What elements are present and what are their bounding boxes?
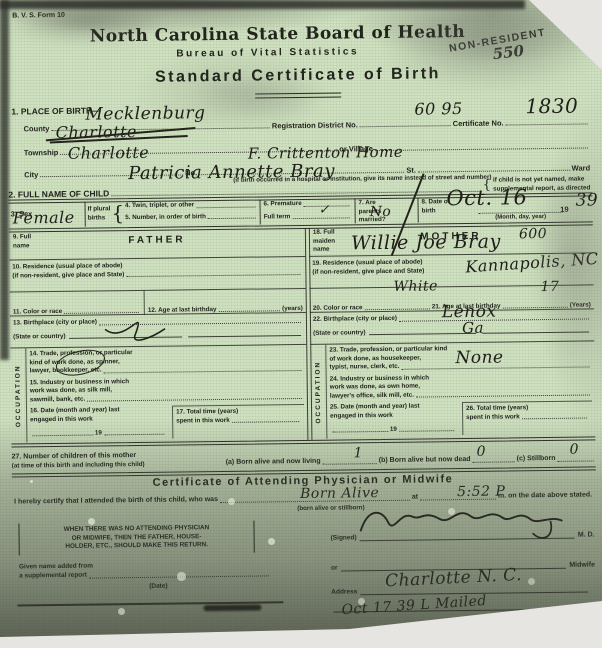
certificate-paper: B. V. S. Form 10 North Carolina State Bo… [0,0,602,648]
father-total-time-cell: 17. Total time (years) spent in this wor… [172,404,304,439]
dotted-line [418,168,570,173]
father-date-last-worked-cell: 16. Date (month and year) last engaged i… [30,406,172,441]
full-term-mark: ✓ [319,204,331,217]
district-value: 60 95 [414,101,463,118]
child-name-value: Patricia Annette Bray [128,163,335,184]
no-attendant-instruction-box: WHEN THERE WAS NO ATTENDING PHYSICIAN OR… [18,521,254,556]
rule-line [482,329,589,333]
county-label: County [24,124,50,134]
city-label: City [24,170,38,180]
father-occupation-block: OCCUPATION 14. Trade, profession, or par… [10,344,307,443]
ward-label: Ward [572,163,591,173]
mother-birthplace-label: 22. Birthplace (city or place) [313,315,397,325]
filing-date-note: Oct 17 39 L Mailed [341,594,487,617]
born-alive-dead-value: 0 [476,445,486,459]
or-label: or [331,565,338,574]
address-label: Address [331,589,357,598]
father-header: FATHER [9,228,305,248]
father-name-label: 9. Full [13,233,31,242]
certificate-title: Standard Certificate of Birth [0,63,599,88]
township-value-struck: Charlotte [56,124,138,141]
mother-date-year: 19 [390,425,397,434]
dotted-line [332,429,388,433]
ink-scribble-mark [95,304,181,347]
dotted-line [506,121,588,125]
dotted-line [196,204,255,208]
md-label: M. D. [578,532,595,541]
dotted-line [360,123,451,127]
stillborn-value: 0 [569,443,579,457]
dotted-line [104,367,302,372]
plural-births-cell: If plural births { 4. Twin, triplet, or … [84,199,259,226]
dotted-line [558,458,594,461]
mother-birthplace-state-label: (State or country) [313,329,366,338]
rule-line [370,331,477,335]
full-term-label: Full term [264,213,291,222]
dotted-line [87,396,302,402]
premature-label: 6. Premature [263,200,301,209]
midwife-label: Midwife [569,562,595,571]
father-birthplace-label: 13. Birthplace (city or place) [13,318,97,328]
certificate-no-label: Certificate No. [453,118,504,128]
dotted-line [522,416,588,420]
born-alive-dead-label: (b) Born alive but now dead [379,456,471,466]
dotted-line [32,433,93,437]
dob-value: Oct. 16 [446,187,527,209]
physician-signature [354,497,571,544]
plural-label: If plural [88,205,111,214]
title-underline [255,92,341,98]
hospital-name-value: F. Crittenton Home [248,145,404,162]
dob-year-prefix: 19 [560,204,568,213]
dotted-line [416,392,590,397]
dob-note: (Month, day, year) [479,212,563,222]
dotted-line [104,432,165,436]
county-value: Mecklenburg [85,105,205,123]
district-label: Registration District No. [272,120,358,130]
dotted-line [208,216,256,220]
premature-cell: 6. Premature Full term [259,198,354,224]
mother-trade-value: None [455,350,503,368]
mother-age-value: 17 [540,280,559,294]
mother-name-label: 18. Full [313,229,335,238]
birth-order-label: 5. Number, in order of birth [125,213,206,222]
born-alive-living-value: 1 [353,446,363,460]
mother-name-value: Willie Joe Bray [351,233,501,254]
scanned-birth-certificate: B. V. S. Form 10 North Carolina State Bo… [0,0,602,648]
stamp-number: 550 [492,42,525,64]
father-name-cell: 9. Full name FATHER [9,228,305,258]
dotted-line [375,145,588,151]
mother-occupation-block: OCCUPATION 23. Trade, profession, or par… [310,340,595,438]
scan-specks [30,480,33,483]
dotted-line [89,573,269,578]
form-number: B. V. S. Form 10 [12,12,65,21]
ink-smudge [203,605,261,612]
dotted-line [399,428,455,432]
date-note: (Date) [149,581,271,591]
signed-label: (Signed) [331,535,357,544]
certify-statement: I hereby certify that I attended the bir… [14,496,218,507]
mother-total-time-cell: 26. Total time (years) spent in this wor… [462,400,592,435]
mother-name-extra: 600 [519,227,547,241]
township-label: Township [24,148,59,158]
born-alive-living-label: (a) Born alive and now living [226,458,321,468]
rule-line [17,601,283,606]
certificate-no-value: 1830 [525,96,578,117]
married-value: No [370,205,392,219]
mother-color-value: White [393,279,437,294]
twin-label: 4. Twin, triplet, or other [125,201,194,210]
brace-glyph: { [111,202,124,225]
stillborn-label: (c) Stillborn [517,455,556,464]
form-content: B. V. S. Form 10 North Carolina State Bo… [0,0,602,648]
father-date-year: 19 [95,429,102,438]
mother-date-last-worked-cell: 25. Date (month and year) last engaged i… [330,402,462,437]
street-suffix-label: St. [406,165,416,174]
supplemental-name-note: Given name added from a supplemental rep… [19,560,271,592]
mother-birthplace-state-value: Ga [462,321,484,336]
father-birthplace-state-label: (State or country) [13,332,66,341]
dob-year-value: 39 [575,192,598,209]
dotted-line [323,461,377,465]
rule-line [188,333,301,337]
city-value: Charlotte [68,145,150,162]
father-occupation-side-label: OCCUPATION [10,348,27,442]
dotted-line [473,459,515,463]
dotted-line [126,272,300,277]
sex-value: Female [13,210,75,227]
dotted-line [232,419,300,423]
mother-occupation-side-label: OCCUPATION [310,345,327,439]
